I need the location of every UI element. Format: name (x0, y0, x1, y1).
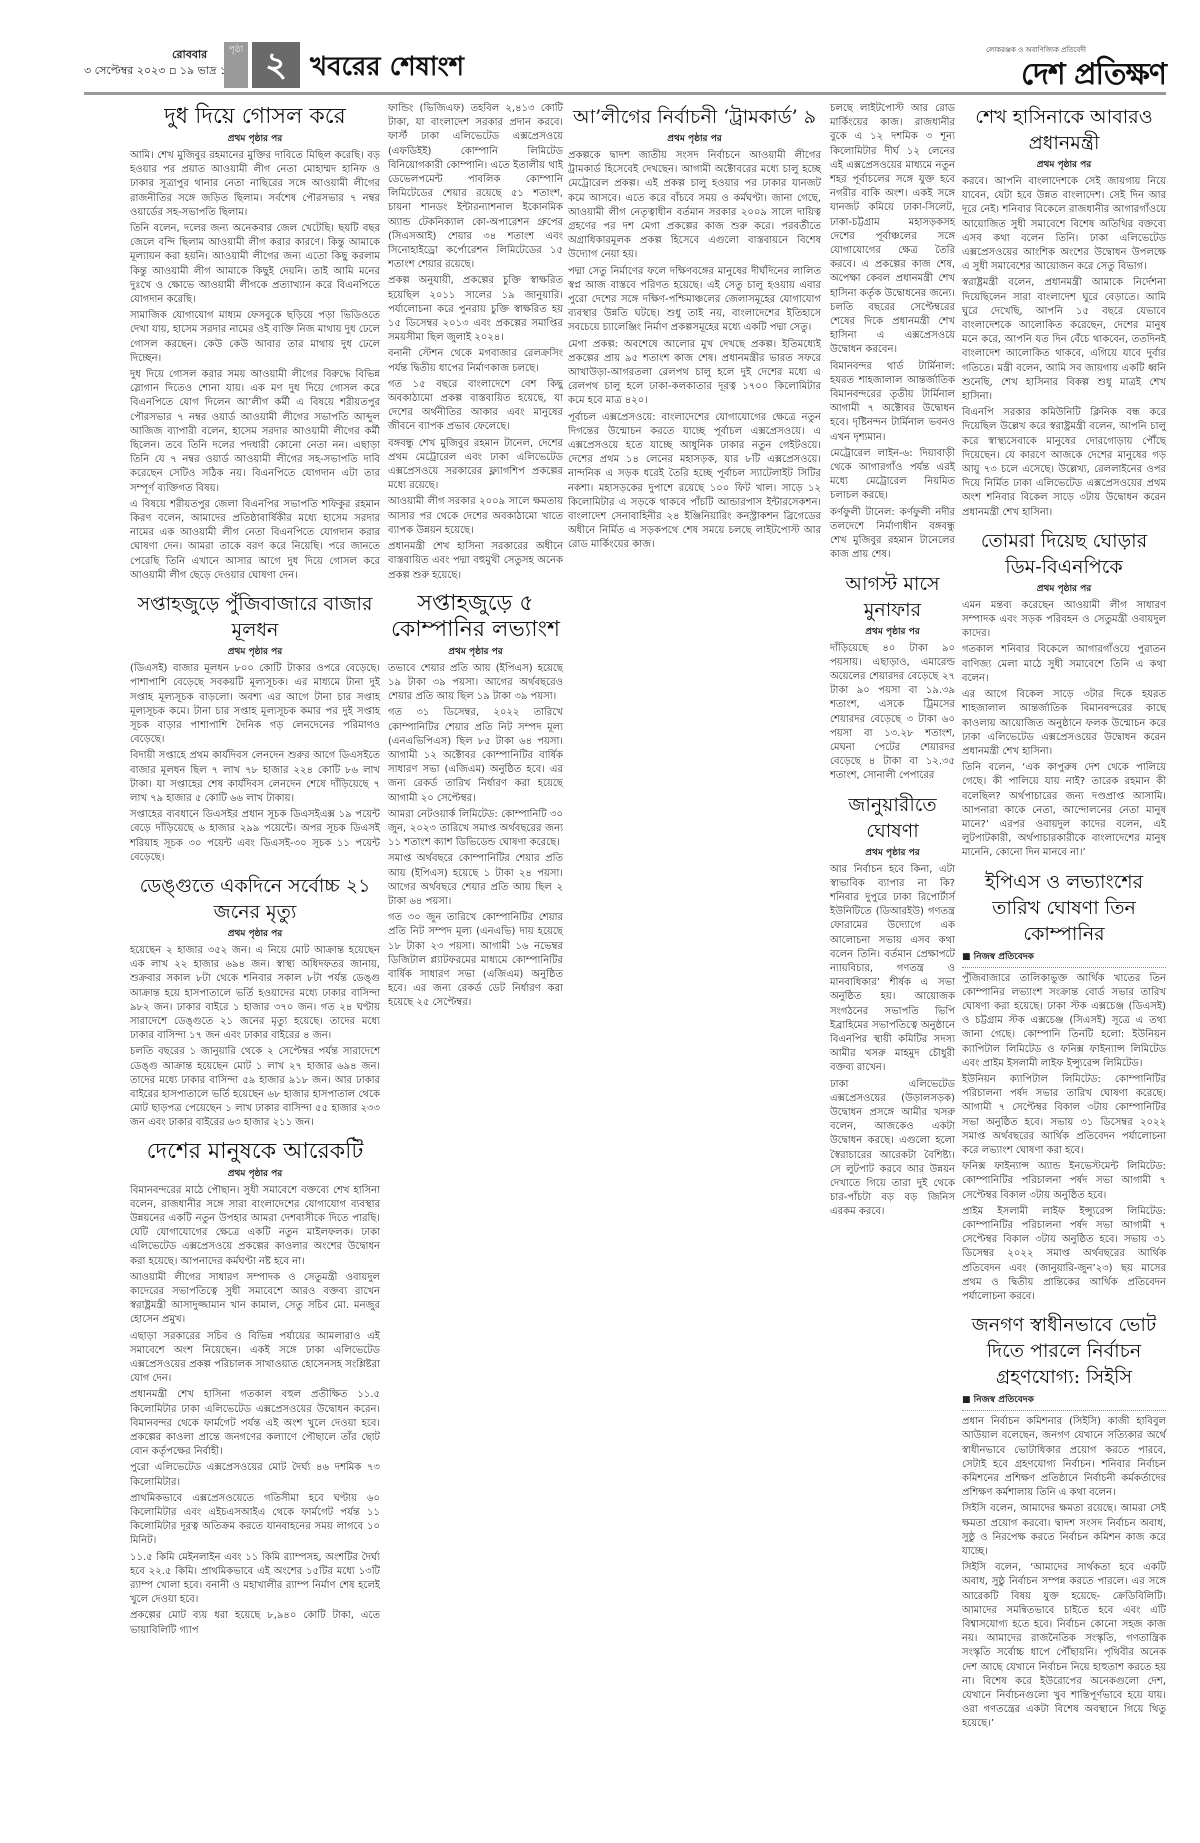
headline: আগস্ট মাসে মুনাফার (830, 571, 955, 623)
paragraph: হয়েছেন ২ হাজার ৩৫২ জন। এ নিয়ে মোট আক্র… (130, 944, 380, 1043)
paragraph: সপ্তাহের ব্যবধানে ডিএসইর প্রধান সূচক ডিএ… (130, 808, 380, 865)
col4-real: চলছে লাইটপোস্ট আর রোড মার্কিংয়ের কাজ। র… (830, 102, 955, 1228)
paragraph: ঢাকা এলিভেটেড এক্সপ্রেসওয়ের (উড়ালসড়ক)… (830, 1078, 955, 1220)
continued-label: প্রথম পৃষ্ঠার পর (130, 644, 380, 659)
continued-label: প্রথম পৃষ্ঠার পর (830, 845, 955, 860)
content-columns: দুধ দিয়ে গোসল করে প্রথম পৃষ্ঠার পর আমি।… (42, 102, 1166, 1802)
headline: সপ্তাহজুড়ে পুঁজিবাজারে বাজার মূলধন (130, 591, 380, 643)
paragraph: গত ৩১ ডিসেম্বর, ২০২২ তারিখে কোম্পানিটির … (388, 706, 563, 805)
paragraph: বিমানবন্দরের মাঠে পৌছান। সুধী সমাবেশে বক… (130, 1184, 380, 1269)
column-5: শেখ হাসিনাকে আবারও প্রধানমন্ত্রী প্রথম প… (962, 102, 1166, 1740)
paragraph: তভাবে শেয়ার প্রতি আয় (ইপিএস) হয়েছে ১৯… (388, 662, 563, 705)
paragraph: আমরা নেটওয়ার্ক লিমিটেড: কোম্পানিটি ৩০ জ… (388, 808, 563, 851)
paragraph: তিনি বলেন, ‘এক কাপুরুষ দেশ থেকে পালিয়ে … (962, 761, 1166, 860)
paragraph: ইউনিয়ন ক্যাপিটাল লিমিটেড: কোম্পানিটির প… (962, 1073, 1166, 1158)
paragraph: চলছে লাইটপোস্ট আর রোড মার্কিংয়ের কাজ। র… (830, 102, 955, 358)
paragraph: পুঁজিবাজারে তালিকাভুক্ত আর্থিক খাতের তিন… (962, 972, 1166, 1071)
continued-label: প্রথম পৃষ্ঠার পর (130, 131, 380, 146)
paragraph: পুরো এলিভেটেড এক্সপ্রেসওয়ের মোট দৈর্ঘ্য… (130, 1461, 380, 1489)
paragraph: ফনিক্স ফাইন্যান্স অ্যান্ড ইনভেস্টমেন্ট ল… (962, 1160, 1166, 1203)
paragraph: এর আগে বিকেল সাড়ে ৩টার দিকে হযরত শাহজাল… (962, 688, 1166, 759)
paragraph: বিমানবন্দর থার্ড টার্মিনাল: হযরত শাহজালা… (830, 360, 955, 445)
continued-label: প্রথম পৃষ্ঠার পর (830, 624, 955, 639)
paragraph: প্রধানমন্ত্রী শেখ হাসিনা গতকাল বহুল প্রত… (130, 1388, 380, 1459)
paragraph: গত ১৫ বছরে বাংলাদেশে বেশ কিছু অবকাঠামো প… (388, 378, 563, 435)
headline: ডেঙ্গুতে একদিনে সর্বোচ্চ ২১ জনের মৃত্যু (130, 873, 380, 925)
headline: আ’লীগের নির্বাচনী ‘ট্রামকার্ড’ ৯ (568, 104, 821, 130)
paragraph: সিইসি বলেন, ‘আমাদের সার্থকতা হবে একটি অব… (962, 1561, 1166, 1731)
continued-label: প্রথম পৃষ্ঠার পর (962, 581, 1166, 596)
headline: দেশের মানুষকে আরেকটি (130, 1139, 380, 1165)
article-eps-dividend-dates: ইপিএস ও লভ্যাংশের তারিখ ঘোষণা তিন কোম্পা… (962, 869, 1166, 1305)
paragraph: বিদায়ী সপ্তাহে প্রথম কার্যদিবস লেনদেন শ… (130, 749, 380, 806)
paragraph: প্রধানমন্ত্রী শেখ হাসিনা সরকারের অধীনে ব… (388, 540, 563, 583)
paragraph: সমাপ্ত অর্থবছরে কোম্পানিটির শেয়ার প্রতি… (388, 852, 563, 909)
column-1: দুধ দিয়ে গোসল করে প্রথম পৃষ্ঠার পর আমি।… (130, 102, 380, 1646)
paragraph: বনানী স্টেশন থেকে মগবাজার রেলক্রসিং পর্য… (388, 347, 563, 375)
byline: ■ নিজস্ব প্রতিবেদক (962, 949, 1166, 964)
headline: ইপিএস ও লভ্যাংশের তারিখ ঘোষণা তিন কোম্পা… (962, 869, 1166, 947)
paragraph: প্রকল্পের মোট ব্যয় ধরা হয়েছে ৮,৯৪০ কোট… (130, 1609, 380, 1637)
paragraph: গতকাল শনিবার বিকেলে আগারগাঁওয়ে পুরাতন ব… (962, 643, 1166, 686)
paragraph: দাঁড়িয়েছে ৪০ টাকা ৯০ পয়সায়। এছাড়াও,… (830, 642, 955, 784)
paragraph: প্রাইম ইসলামী লাইফ ইন্স্যুরেন্স লিমিটেড:… (962, 1205, 1166, 1304)
section-title: খবরের শেষাংশ (310, 46, 464, 90)
paragraph: প্রকল্পকে দ্বাদশ জাতীয় সংসদ নির্বাচনে আ… (568, 149, 821, 263)
paragraph: আর নির্বাচন হবে কিনা, এটা স্বাভাবিক ব্যা… (830, 863, 955, 1076)
article-horse-egg: তোমরা দিয়েছ ঘোড়ার ডিম-বিএনপিকে প্রথম প… (962, 528, 1166, 861)
paragraph: প্রাথমিকভাবে এক্সপ্রেসওয়েতে গতিসীমা হবে… (130, 1492, 380, 1549)
divider (962, 1410, 1166, 1411)
paragraph: মেট্রোরেল লাইন-৬: দিয়াবাড়ী থেকে আগারগা… (830, 447, 955, 504)
article-cec-election: জনগণ স্বাধীনভাবে ভোট দিতে পারলে নির্বাচন… (962, 1312, 1166, 1731)
article-dengue: ডেঙ্গুতে একদিনে সর্বোচ্চ ২১ জনের মৃত্যু … (130, 873, 380, 1131)
article-milk-bath: দুধ দিয়ে গোসল করে প্রথম পৃষ্ঠার পর আমি।… (130, 104, 380, 583)
continued-label: প্রথম পৃষ্ঠার পর (130, 926, 380, 941)
column-2: ফান্ডিং (ভিজিএফ) তহবিল ২,৪১৩ কোটি টাকা, … (388, 102, 563, 1019)
paragraph: আওয়ামী লীগের সাধারণ সম্পাদক ও সেতুমন্ত্… (130, 1271, 380, 1328)
page-number: ২ (252, 42, 300, 88)
article-expressway-funding: ফান্ডিং (ভিজিএফ) তহবিল ২,৪১৩ কোটি টাকা, … (388, 102, 563, 583)
article-trump-card-continuation: চলছে লাইটপোস্ট আর রোড মার্কিংয়ের কাজ। র… (830, 102, 955, 563)
divider (962, 967, 1166, 968)
paragraph: তিনি বলেন, দলের জন্য অনেকবার জেল খেটেছি।… (130, 222, 380, 307)
paragraph: প্রকল্প অনুযায়ী, প্রকল্পের চুক্তি স্বাক… (388, 274, 563, 345)
article-stock-market: সপ্তাহজুড়ে পুঁজিবাজারে বাজার মূলধন প্রথ… (130, 591, 380, 865)
paragraph: সামাজিক যোগাযোগ মাধ্যম ফেসবুকে ছড়িয়ে প… (130, 309, 380, 366)
paragraph: পূর্বাচল এক্সপ্রেসওয়ে: বাংলাদেশের যোগায… (568, 411, 821, 553)
paragraph: পদ্মা সেতু নির্মাণের ফলে দক্ষিণবঙ্গের মা… (568, 265, 821, 336)
continued-label: প্রথম পৃষ্ঠার পর (568, 131, 821, 146)
paragraph: সিইসি বলেন, আমাদের ক্ষমতা রয়েছে। আমরা স… (962, 1502, 1166, 1559)
paragraph: এছাড়া সরকারের সচিব ও বিভিন্ন পর্যায়ের … (130, 1330, 380, 1387)
paragraph: ফান্ডিং (ভিজিএফ) তহবিল ২,৪১৩ কোটি টাকা, … (388, 102, 563, 272)
article-trump-card: আ’লীগের নির্বাচনী ‘ট্রামকার্ড’ ৯ প্রথম প… (568, 104, 821, 553)
paragraph: আওয়ামী লীগ সরকার ২০০৯ সালে ক্ষমতায় আসা… (388, 495, 563, 538)
headline: সপ্তাহজুড়ে ৫ কোম্পানির লভ্যাংশ (388, 591, 563, 643)
header-rule (84, 92, 1166, 95)
paragraph: চলতি বছরের ১ জানুয়ারি থেকে ২ সেপ্টেম্বর… (130, 1045, 380, 1130)
paragraph: করবে। আপনি বাংলাদেশকে সেই জায়গায় নিয়ে… (962, 175, 1166, 274)
paragraph: মেগা প্রকল্প: অবশেষে আলোর মুখ দেখছে প্রক… (568, 338, 821, 409)
continued-label: প্রথম পৃষ্ঠার পর (962, 157, 1166, 172)
headline: জনগণ স্বাধীনভাবে ভোট দিতে পারলে নির্বাচন… (962, 1312, 1166, 1390)
column-3: আ’লীগের নির্বাচনী ‘ট্রামকার্ড’ ৯ প্রথম প… (568, 102, 821, 561)
paragraph: কর্ণফুলী টানেল: কর্ণফুলী নদীর তলদেশে নির… (830, 506, 955, 563)
paragraph: বঙ্গবন্ধু শেখ মুজিবুর রহমান টানেল, দেশের… (388, 437, 563, 494)
continued-label: প্রথম পৃষ্ঠার পর (130, 1166, 380, 1181)
paragraph: ১১.৫ কিমি মেইনলাইন এবং ১১ কিমি র‍্যাম্পস… (130, 1551, 380, 1608)
headline: জানুয়ারীতে ঘোষণা (830, 792, 955, 844)
article-pm-again: শেখ হাসিনাকে আবারও প্রধানমন্ত্রী প্রথম প… (962, 104, 1166, 520)
paragraph: আমি। শেখ মুজিবুর রহমানের মুক্তির দাবিতে … (130, 149, 380, 220)
headline: শেখ হাসিনাকে আবারও প্রধানমন্ত্রী (962, 104, 1166, 156)
article-another-milestone: দেশের মানুষকে আরেকটি প্রথম পৃষ্ঠার পর বি… (130, 1139, 380, 1638)
paragraph: এ বিষয়ে শরীয়তপুর জেলা বিএনপির সভাপতি শ… (130, 498, 380, 583)
page-label: পৃষ্ঠা (224, 42, 248, 88)
paragraph: এমন মন্তব্য করেছেন আওয়ামী লীগ সাধারণ সম… (962, 599, 1166, 642)
article-january-announcement: জানুয়ারীতে ঘোষণা প্রথম পৃষ্ঠার পর আর নি… (830, 792, 955, 1220)
paragraph: গত ৩০ জুন তারিখে কোম্পানিটির শেয়ার প্রত… (388, 911, 563, 1010)
headline: দুধ দিয়ে গোসল করে (130, 104, 380, 130)
paragraph: দুধ দিয়ে গোসল করার সময় আওয়ামী লীগের ব… (130, 368, 380, 496)
article-august-profit: আগস্ট মাসে মুনাফার প্রথম পৃষ্ঠার পর দাঁড… (830, 571, 955, 784)
headline: তোমরা দিয়েছ ঘোড়ার ডিম-বিএনপিকে (962, 528, 1166, 580)
paragraph: প্রধান নির্বাচন কমিশনার (সিইসি) কাজী হাব… (962, 1415, 1166, 1500)
newspaper-page: রোববার ৩ সেপ্টেম্বর ২০২৩ ▫ ১৯ ভাদ্র ১৪৩০… (42, 38, 1166, 88)
continued-label: প্রথম পৃষ্ঠার পর (388, 644, 563, 659)
byline: ■ নিজস্ব প্রতিবেদক (962, 1392, 1166, 1407)
paragraph: বিএনপি সরকার কমিউনিটি ক্লিনিক বন্ধ করে দ… (962, 406, 1166, 520)
paragraph: স্বরাষ্ট্রমন্ত্রী বলেন, প্রধানমন্ত্রী আম… (962, 276, 1166, 404)
masthead: রোববার ৩ সেপ্টেম্বর ২০২৩ ▫ ১৯ ভাদ্র ১৪৩০… (42, 38, 1166, 88)
paragraph: (ডিএসই) বাজার মূলধন ৮০০ কোটি টাকার ওপরে … (130, 662, 380, 747)
article-dividend: সপ্তাহজুড়ে ৫ কোম্পানির লভ্যাংশ প্রথম পৃ… (388, 591, 563, 1011)
